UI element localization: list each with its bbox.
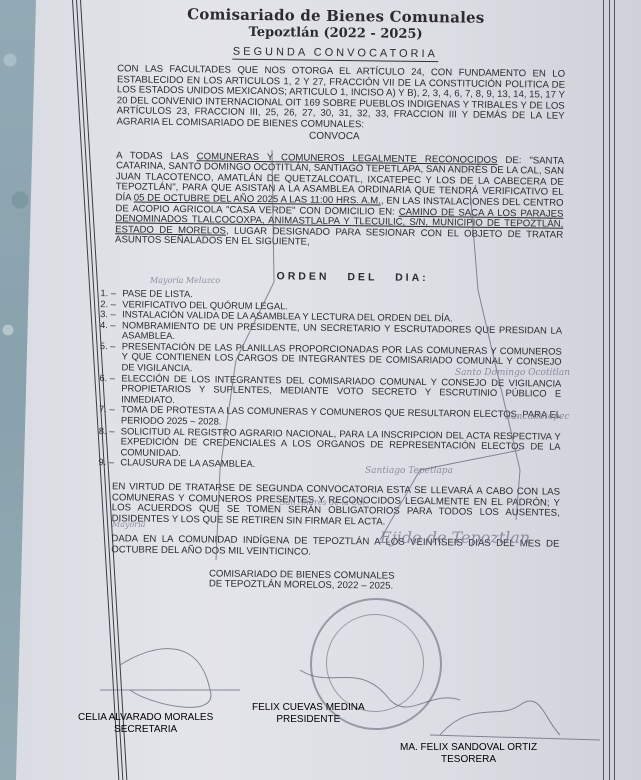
signature-scribble [440, 701, 560, 735]
signature-scribble [120, 649, 211, 708]
signature-scribble [300, 670, 460, 707]
paper-sheet: Comisariado de Bienes Comunales Tepoztlá… [0, 0, 641, 780]
map-line [380, 450, 520, 540]
map-line [470, 190, 520, 520]
map-line [216, 150, 274, 560]
pen-marks-overlay [0, 0, 641, 780]
